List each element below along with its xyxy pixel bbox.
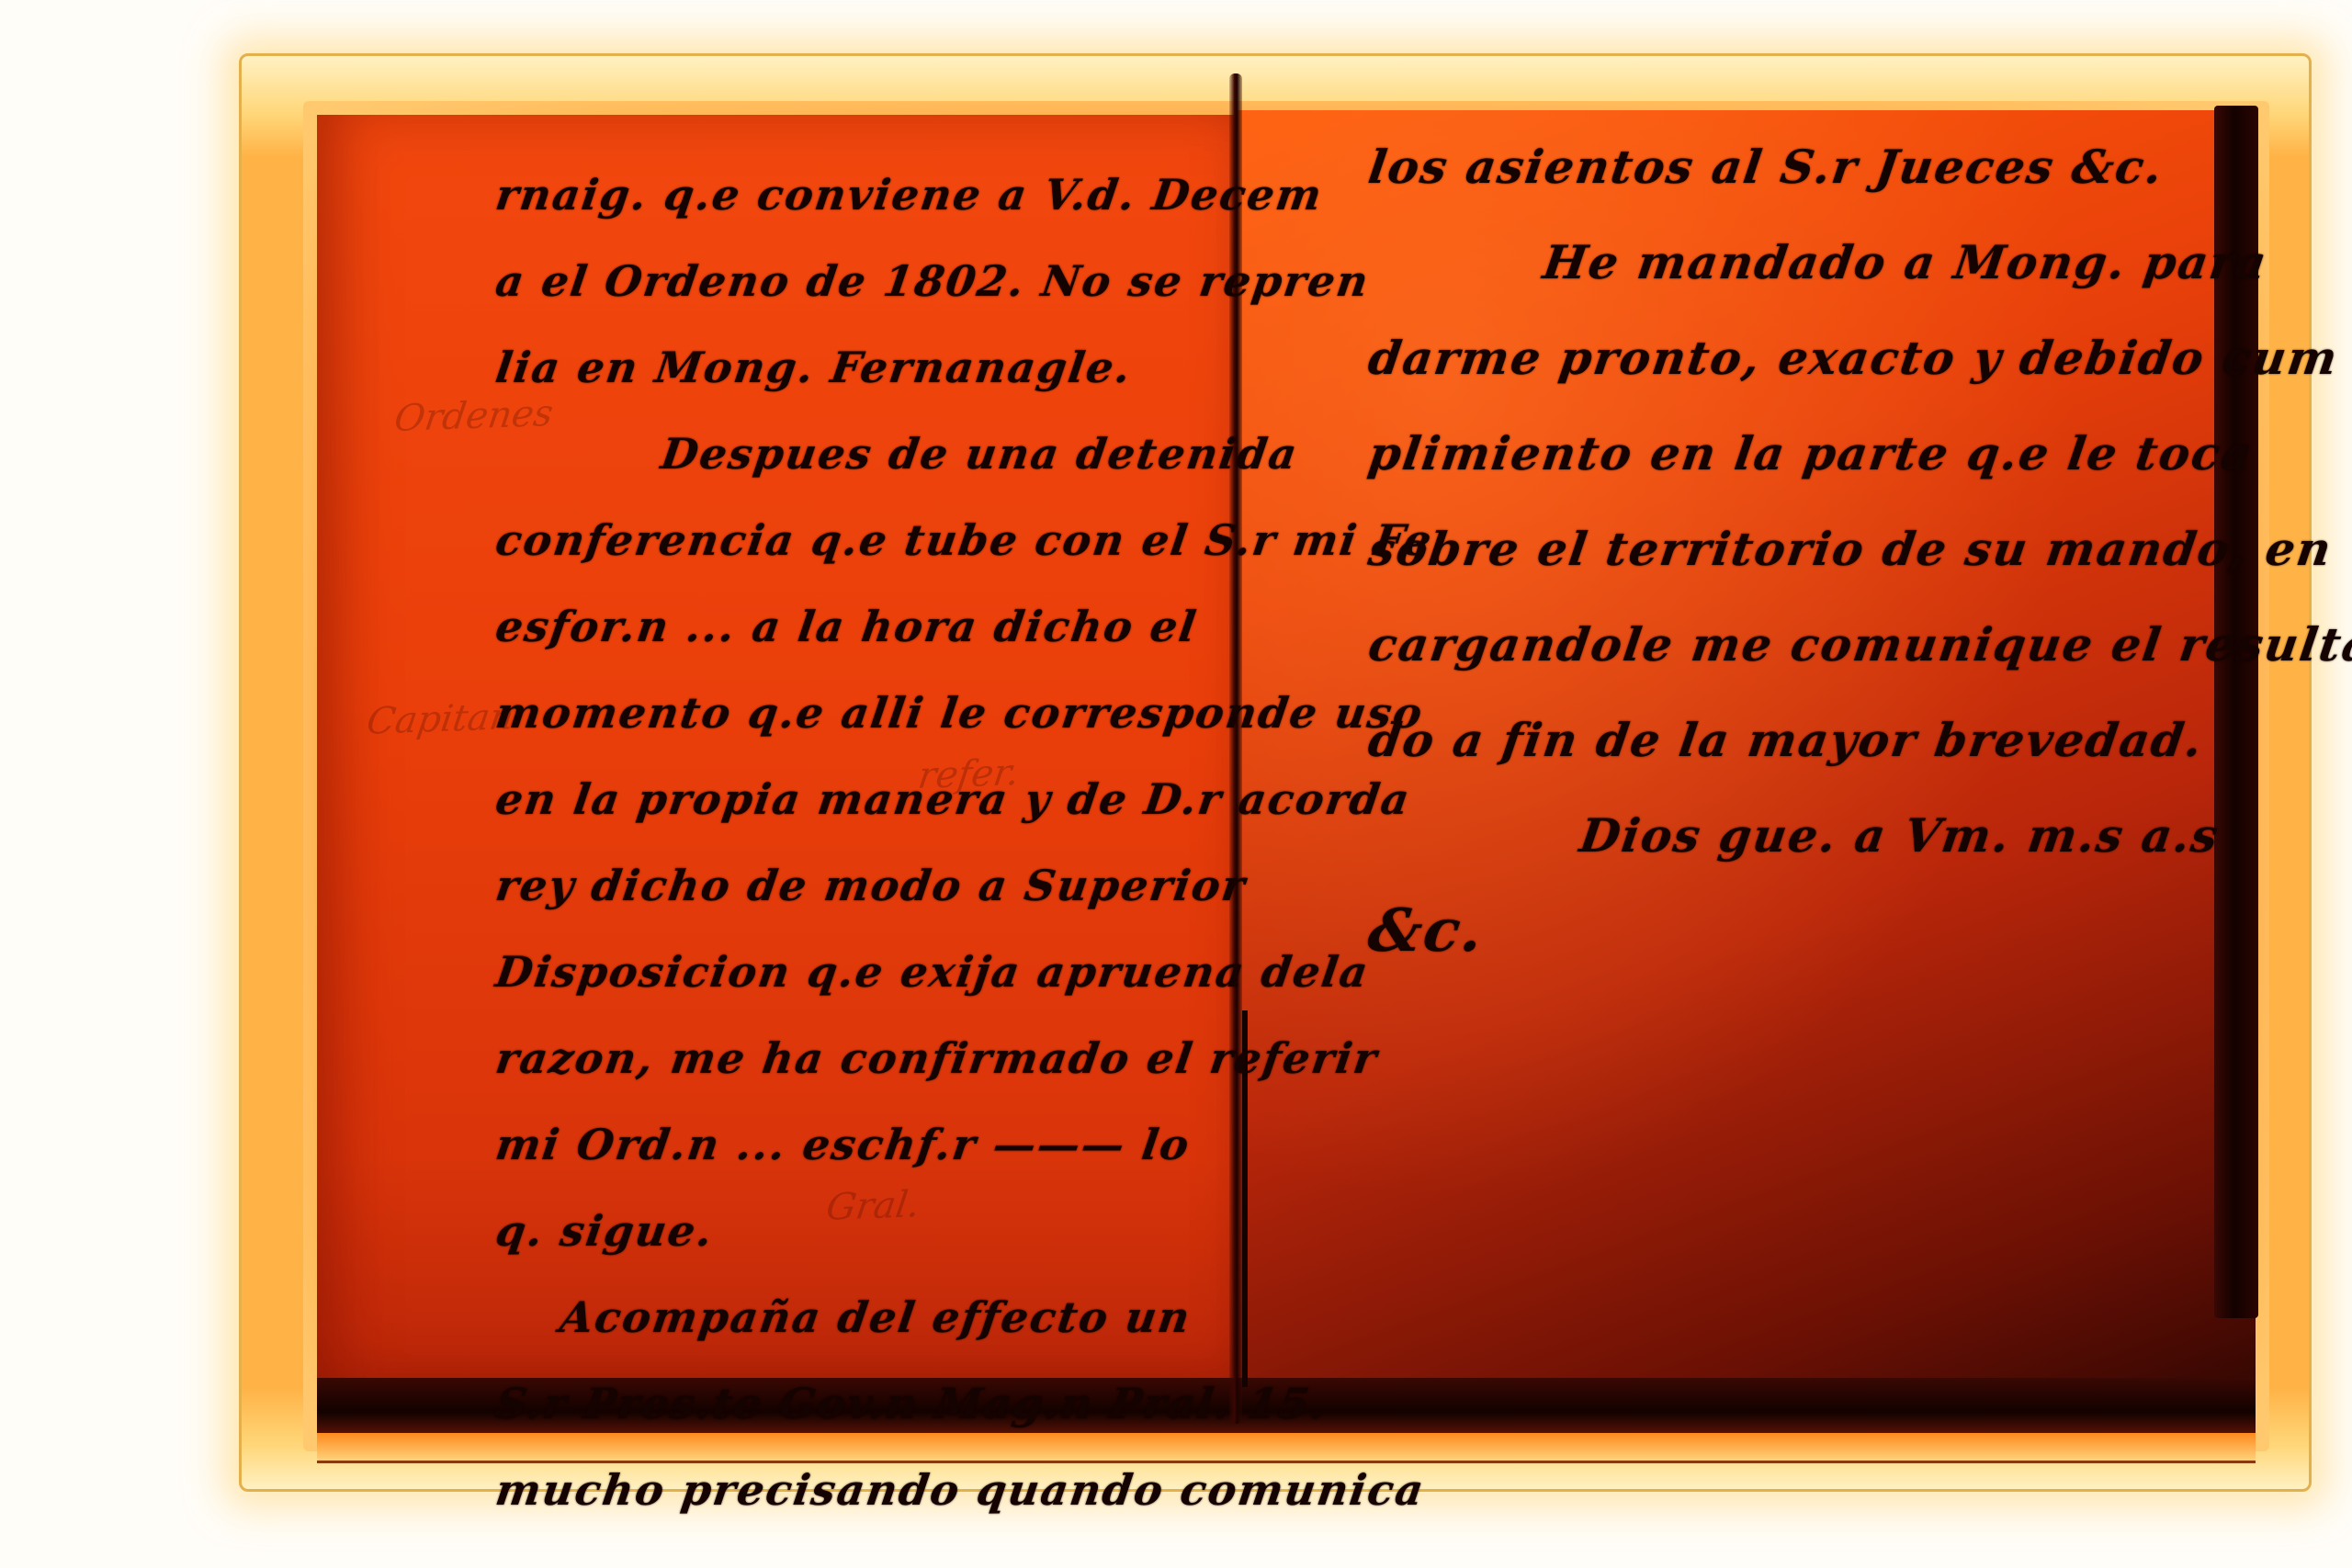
etcetera-mark: &c. [1363,884,2203,979]
manuscript-line: en la propia manera y de D.r acorda [490,756,1237,842]
manuscript-line: momento q.e alli le corresponde uso [490,670,1237,756]
manuscript-line: lia en Mong. Fernanagle. [490,324,1237,411]
manuscript-line: sobre el territorio de su mando, en [1363,502,2203,597]
manuscript-line: darme pronto, exacto y debido cum [1363,310,2203,406]
left-page-text: rnaig. q.e conviene a V.d. Decem a el Or… [496,152,1231,1533]
manuscript-line: S.r Pres.te Gov.n Mag.n Pral. 15. [490,1360,1237,1447]
manuscript-line: q. sigue. [490,1188,1237,1274]
right-page-text: los asientos al S.r Jueces &c. He mandad… [1369,119,2196,979]
manuscript-line: do a fin de la mayor brevedad. [1363,693,2203,788]
manuscript-line: Acompaña del effecto un [490,1274,1237,1360]
manuscript-line: rey dicho de modo a Superior [490,842,1237,929]
manuscript-line: plimiento en la parte q.e le toca [1363,406,2203,502]
manuscript-line: cargandole me comunique el resulta [1363,597,2203,693]
manuscript-line: conferencia q.e tube con el S.r mi Fe [490,497,1237,583]
manuscript-line: los asientos al S.r Jueces &c. [1363,119,2203,215]
manuscript-line: Despues de una detenida [490,411,1237,497]
manuscript-line: razon, me ha confirmado el referir [490,1015,1237,1101]
manuscript-line: esfor.n ... a la hora dicho el [490,583,1237,670]
manuscript-line: He mandado a Mong. para [1363,215,2203,310]
manuscript-line: rnaig. q.e conviene a V.d. Decem [490,152,1237,238]
manuscript-photo: Ordenes Capitan refer. Gral. rnaig. q.e … [0,0,2352,1568]
manuscript-line: mi Ord.n ... eschf.r ——— lo [490,1101,1237,1188]
manuscript-line: a el Ordeno de 1802. No se repren [490,238,1237,324]
manuscript-line: mucho precisando quando comunica [490,1447,1237,1533]
manuscript-line: Disposicion q.e exija apruena dela [490,929,1237,1015]
closing-salutation: Dios gue. a Vm. m.s a.s [1363,788,2203,884]
